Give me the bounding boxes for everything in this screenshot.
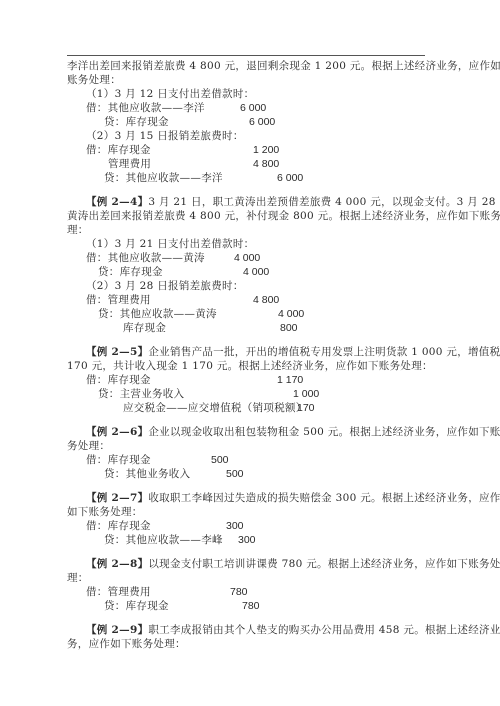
amount-value: 6 000 [277, 172, 303, 184]
example-text: 3 月 21 日，职工黄涛出差预借差旅费 4 000 元，以现金支付。3 月 2… [148, 196, 500, 208]
example-text: 企业销售产品一批，开出的增值税专用发票上注明货款 1 000 元，增值税 [148, 346, 500, 358]
text-line: 务处理： [67, 440, 110, 452]
debit-line: 借：库存现金 [86, 454, 151, 466]
amount-value: 500 [211, 454, 229, 466]
example-label: 【例 2—8】 [86, 558, 148, 570]
debit-line: 借：库存现金 [86, 144, 151, 156]
text-line: （2）3 月 28 日报销差旅费时： [86, 280, 244, 292]
amount-value: 300 [238, 534, 256, 546]
text-line: 库存现金 [123, 322, 166, 334]
text-line: 黄涛出差回来报销差旅费 4 800 元，补付现金 800 元。根据上述经济业务，… [67, 210, 500, 222]
example-text: 收取职工李峰因过失造成的损失赔偿金 300 元。根据上述经济业务，应作 [148, 492, 500, 504]
header-rule [67, 55, 425, 56]
debit-line: 借：其他应收款——黄涛 [86, 252, 205, 264]
example-label: 【例 2—9】 [86, 624, 148, 636]
debit-line: 借：管理费用 [86, 586, 151, 598]
example-label: 【例 2—7】 [86, 492, 148, 504]
credit-line: 贷：其他业务收入 [104, 468, 190, 480]
text-line: 170 元，共计收入现金 1 170 元。根据上述经济业务，应作如下账务处理： [67, 360, 433, 372]
credit-line: 贷：库存现金 [98, 266, 163, 278]
example-text: 企业以现金收取出租包装物租金 500 元。根据上述经济业务，应作如下账 [148, 426, 500, 438]
credit-line: 贷：其他应收款——李洋 [104, 172, 223, 184]
example-text: 以现金支付职工培训讲课费 780 元。根据上述经济业务，应作如下账务处 [148, 558, 500, 570]
example-label: 【例 2—6】 [86, 426, 148, 438]
text-line: 应交税金——应交增值税（销项税额） [123, 402, 307, 414]
text-line: 如下账务处理： [67, 506, 143, 518]
credit-line: 贷：其他应收款——李峰 [104, 534, 223, 546]
amount-value: 1 200 [253, 144, 279, 156]
example-label: 【例 2—5】 [86, 346, 148, 358]
example-heading-line: 【例 2—7】收取职工李峰因过失造成的损失赔偿金 300 元。根据上述经济业务，… [86, 492, 500, 504]
text-line: 账务处理： [67, 74, 121, 86]
example-text: 职工李成报销由其个人垫支的购买办公用品费用 458 元。根据上述经济业 [148, 624, 500, 636]
amount-value: 300 [226, 520, 244, 532]
credit-line: 贷：主营业务收入 [98, 388, 184, 400]
example-label: 【例 2—4】 [86, 196, 148, 208]
text-line: （1）3 月 21 日支付出差借款时： [86, 238, 254, 250]
amount-value: 4 800 [253, 294, 279, 306]
debit-line: 借：其他应收款——李洋 [86, 102, 205, 114]
credit-line: 贷：其他应收款——黄涛 [98, 308, 217, 320]
credit-line: 贷：库存现金 [104, 116, 169, 128]
amount-value: 4 800 [253, 158, 279, 170]
amount-value: 6 000 [249, 116, 275, 128]
text-line: （1）3 月 12 日支付出差借款时： [86, 88, 254, 100]
amount-value: 780 [230, 586, 248, 598]
amount-value: 1 170 [277, 374, 303, 386]
text-line: 理： [67, 572, 89, 584]
text-line: 管理费用 [108, 158, 151, 170]
example-heading-line: 【例 2—4】3 月 21 日，职工黄涛出差预借差旅费 4 000 元，以现金支… [86, 196, 500, 208]
amount-value: 4 000 [243, 266, 269, 278]
example-heading-line: 【例 2—6】企业以现金收取出租包装物租金 500 元。根据上述经济业务，应作如… [86, 426, 500, 438]
amount-value: 1 000 [293, 388, 319, 400]
credit-line: 贷：库存现金 [104, 600, 169, 612]
example-heading-line: 【例 2—5】企业销售产品一批，开出的增值税专用发票上注明货款 1 000 元，… [86, 346, 500, 358]
amount-value: 780 [242, 600, 260, 612]
example-heading-line: 【例 2—8】以现金支付职工培训讲课费 780 元。根据上述经济业务，应作如下账… [86, 558, 500, 570]
text-line: （2）3 月 15 日报销差旅费时： [86, 130, 244, 142]
debit-line: 借：管理费用 [86, 294, 151, 306]
example-heading-line: 【例 2—9】职工李成报销由其个人垫支的购买办公用品费用 458 元。根据上述经… [86, 624, 500, 636]
debit-line: 借：库存现金 [86, 374, 151, 386]
text-line: 李洋出差回来报销差旅费 4 800 元，退回剩余现金 1 200 元。根据上述经… [67, 60, 500, 72]
amount-value: 500 [226, 468, 244, 480]
amount-value: 6 000 [240, 102, 266, 114]
amount-value: 170 [297, 402, 315, 414]
amount-value: 4 000 [234, 252, 260, 264]
amount-value: 4 000 [278, 308, 304, 320]
amount-value: 800 [280, 322, 298, 334]
debit-line: 借：库存现金 [86, 520, 151, 532]
text-line: 务，应作如下账务处理： [67, 638, 186, 650]
text-line: 理： [67, 224, 89, 236]
